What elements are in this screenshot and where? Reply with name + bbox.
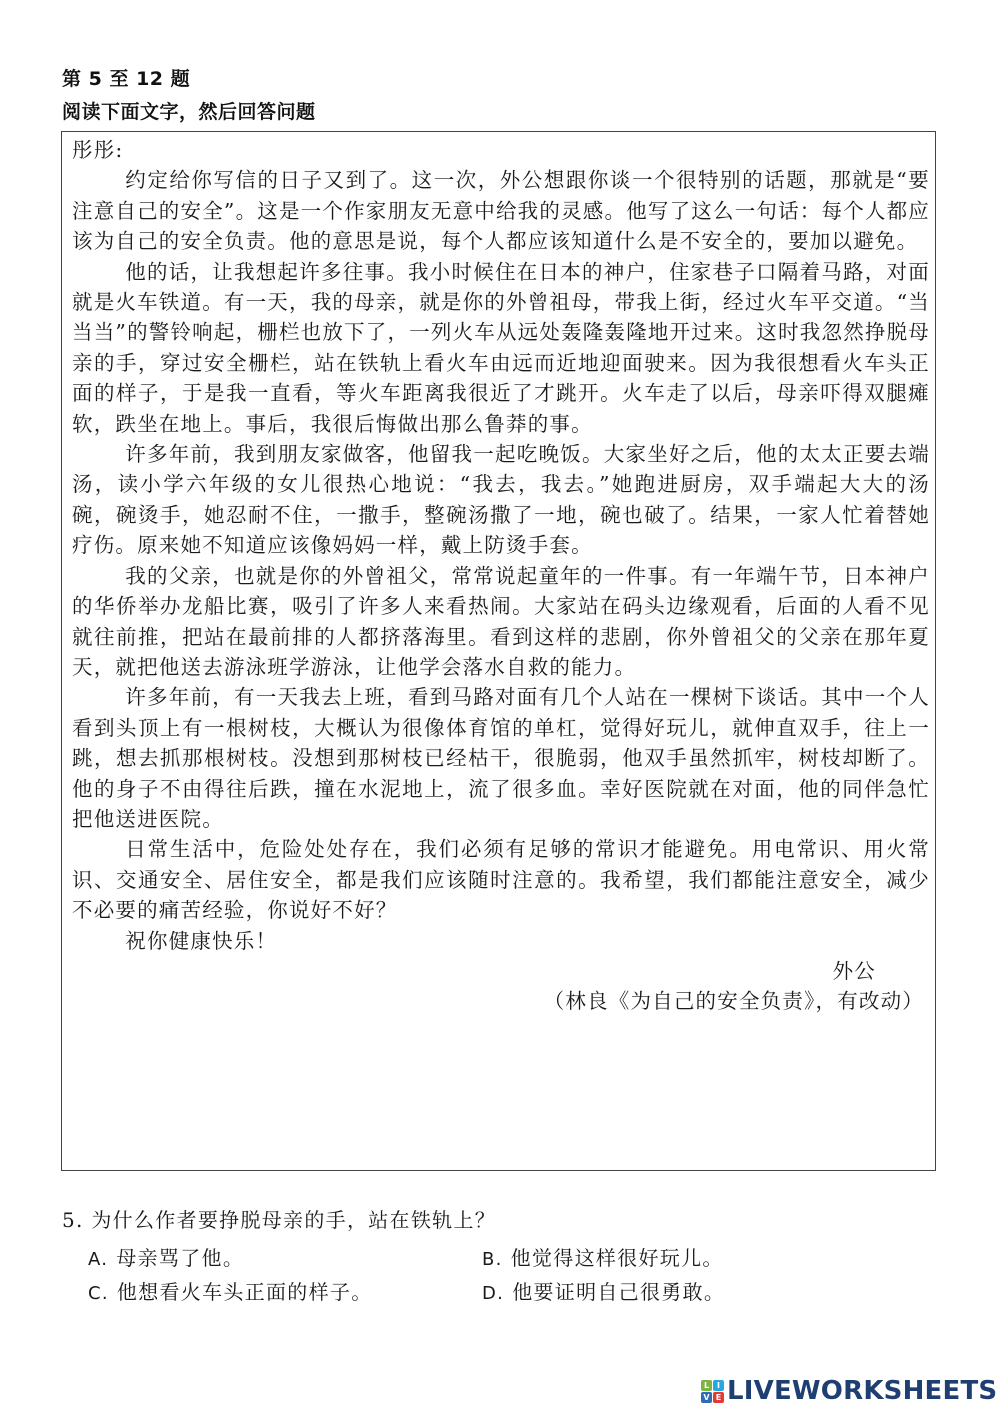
option-a[interactable]: A.母亲骂了他。 — [88, 1242, 244, 1271]
option-text: 他想看火车头正面的样子。 — [117, 1280, 373, 1304]
logo-letter-v: V — [701, 1392, 712, 1403]
paragraph-6: 日常生活中，危险处处存在，我们必须有足够的常识才能避免。用电常识、用火常识、交通… — [72, 834, 930, 925]
paragraph-4: 我的父亲，也就是你的外曾祖父，常常说起童年的一件事。有一年端午节，日本神户的华侨… — [72, 561, 930, 683]
option-c[interactable]: C.他想看火车头正面的样子。 — [88, 1276, 373, 1305]
liveworksheets-brand: L I V E LIVEWORKSHEETS — [701, 1376, 997, 1406]
option-text: 他要证明自己很勇敢。 — [512, 1280, 725, 1304]
option-d[interactable]: D.他要证明自己很勇敢。 — [482, 1276, 725, 1305]
passage-box: 彤彤: 约定给你写信的日子又到了。这一次，外公想跟你谈一个很特别的话题，那就是“… — [61, 131, 936, 1171]
logo-letter-e: E — [713, 1392, 724, 1403]
paragraph-2: 他的话，让我想起许多往事。我小时候住在日本的神户，住家巷子口隔着马路，对面就是火… — [72, 257, 930, 439]
option-letter: D. — [482, 1283, 504, 1304]
paragraph-5: 许多年前，有一天我去上班，看到马路对面有几个人站在一棵树下谈话。其中一个人看到头… — [72, 682, 930, 834]
signature: 外公 — [72, 956, 930, 986]
question-text: 为什么作者要挣脱母亲的手，站在铁轨上？ — [91, 1208, 496, 1232]
passage-text: 彤彤: 约定给你写信的日子又到了。这一次，外公想跟你谈一个很特别的话题，那就是“… — [72, 135, 930, 1017]
source-citation: （林良《为自己的安全负责》，有改动） — [72, 986, 930, 1016]
question-number: 5. — [62, 1208, 84, 1232]
paragraph-1: 约定给你写信的日子又到了。这一次，外公想跟你谈一个很特别的话题，那就是“要注意自… — [72, 165, 930, 256]
instruction-heading: 阅读下面文字，然后回答问题 — [62, 97, 316, 124]
salutation: 彤彤: — [72, 135, 930, 165]
section-title: 第 5 至 12 题 — [62, 64, 190, 91]
option-letter: A. — [88, 1249, 108, 1270]
live-logo-icon: L I V E — [701, 1380, 724, 1403]
option-letter: B. — [482, 1249, 503, 1270]
logo-letter-i: I — [713, 1380, 724, 1391]
brand-wordmark: LIVEWORKSHEETS — [727, 1376, 997, 1406]
option-text: 母亲骂了他。 — [116, 1246, 244, 1270]
option-b[interactable]: B.他觉得这样很好玩儿。 — [482, 1242, 724, 1271]
closing-wish: 祝你健康快乐！ — [72, 926, 930, 956]
question-5: 5. 为什么作者要挣脱母亲的手，站在铁轨上？ — [62, 1204, 496, 1233]
option-letter: C. — [88, 1283, 109, 1304]
option-text: 他觉得这样很好玩儿。 — [511, 1246, 724, 1270]
paragraph-3: 许多年前，我到朋友家做客，他留我一起吃晚饭。大家坐好之后，他的太太正要去端汤，读… — [72, 439, 930, 561]
logo-letter-l: L — [701, 1380, 712, 1391]
